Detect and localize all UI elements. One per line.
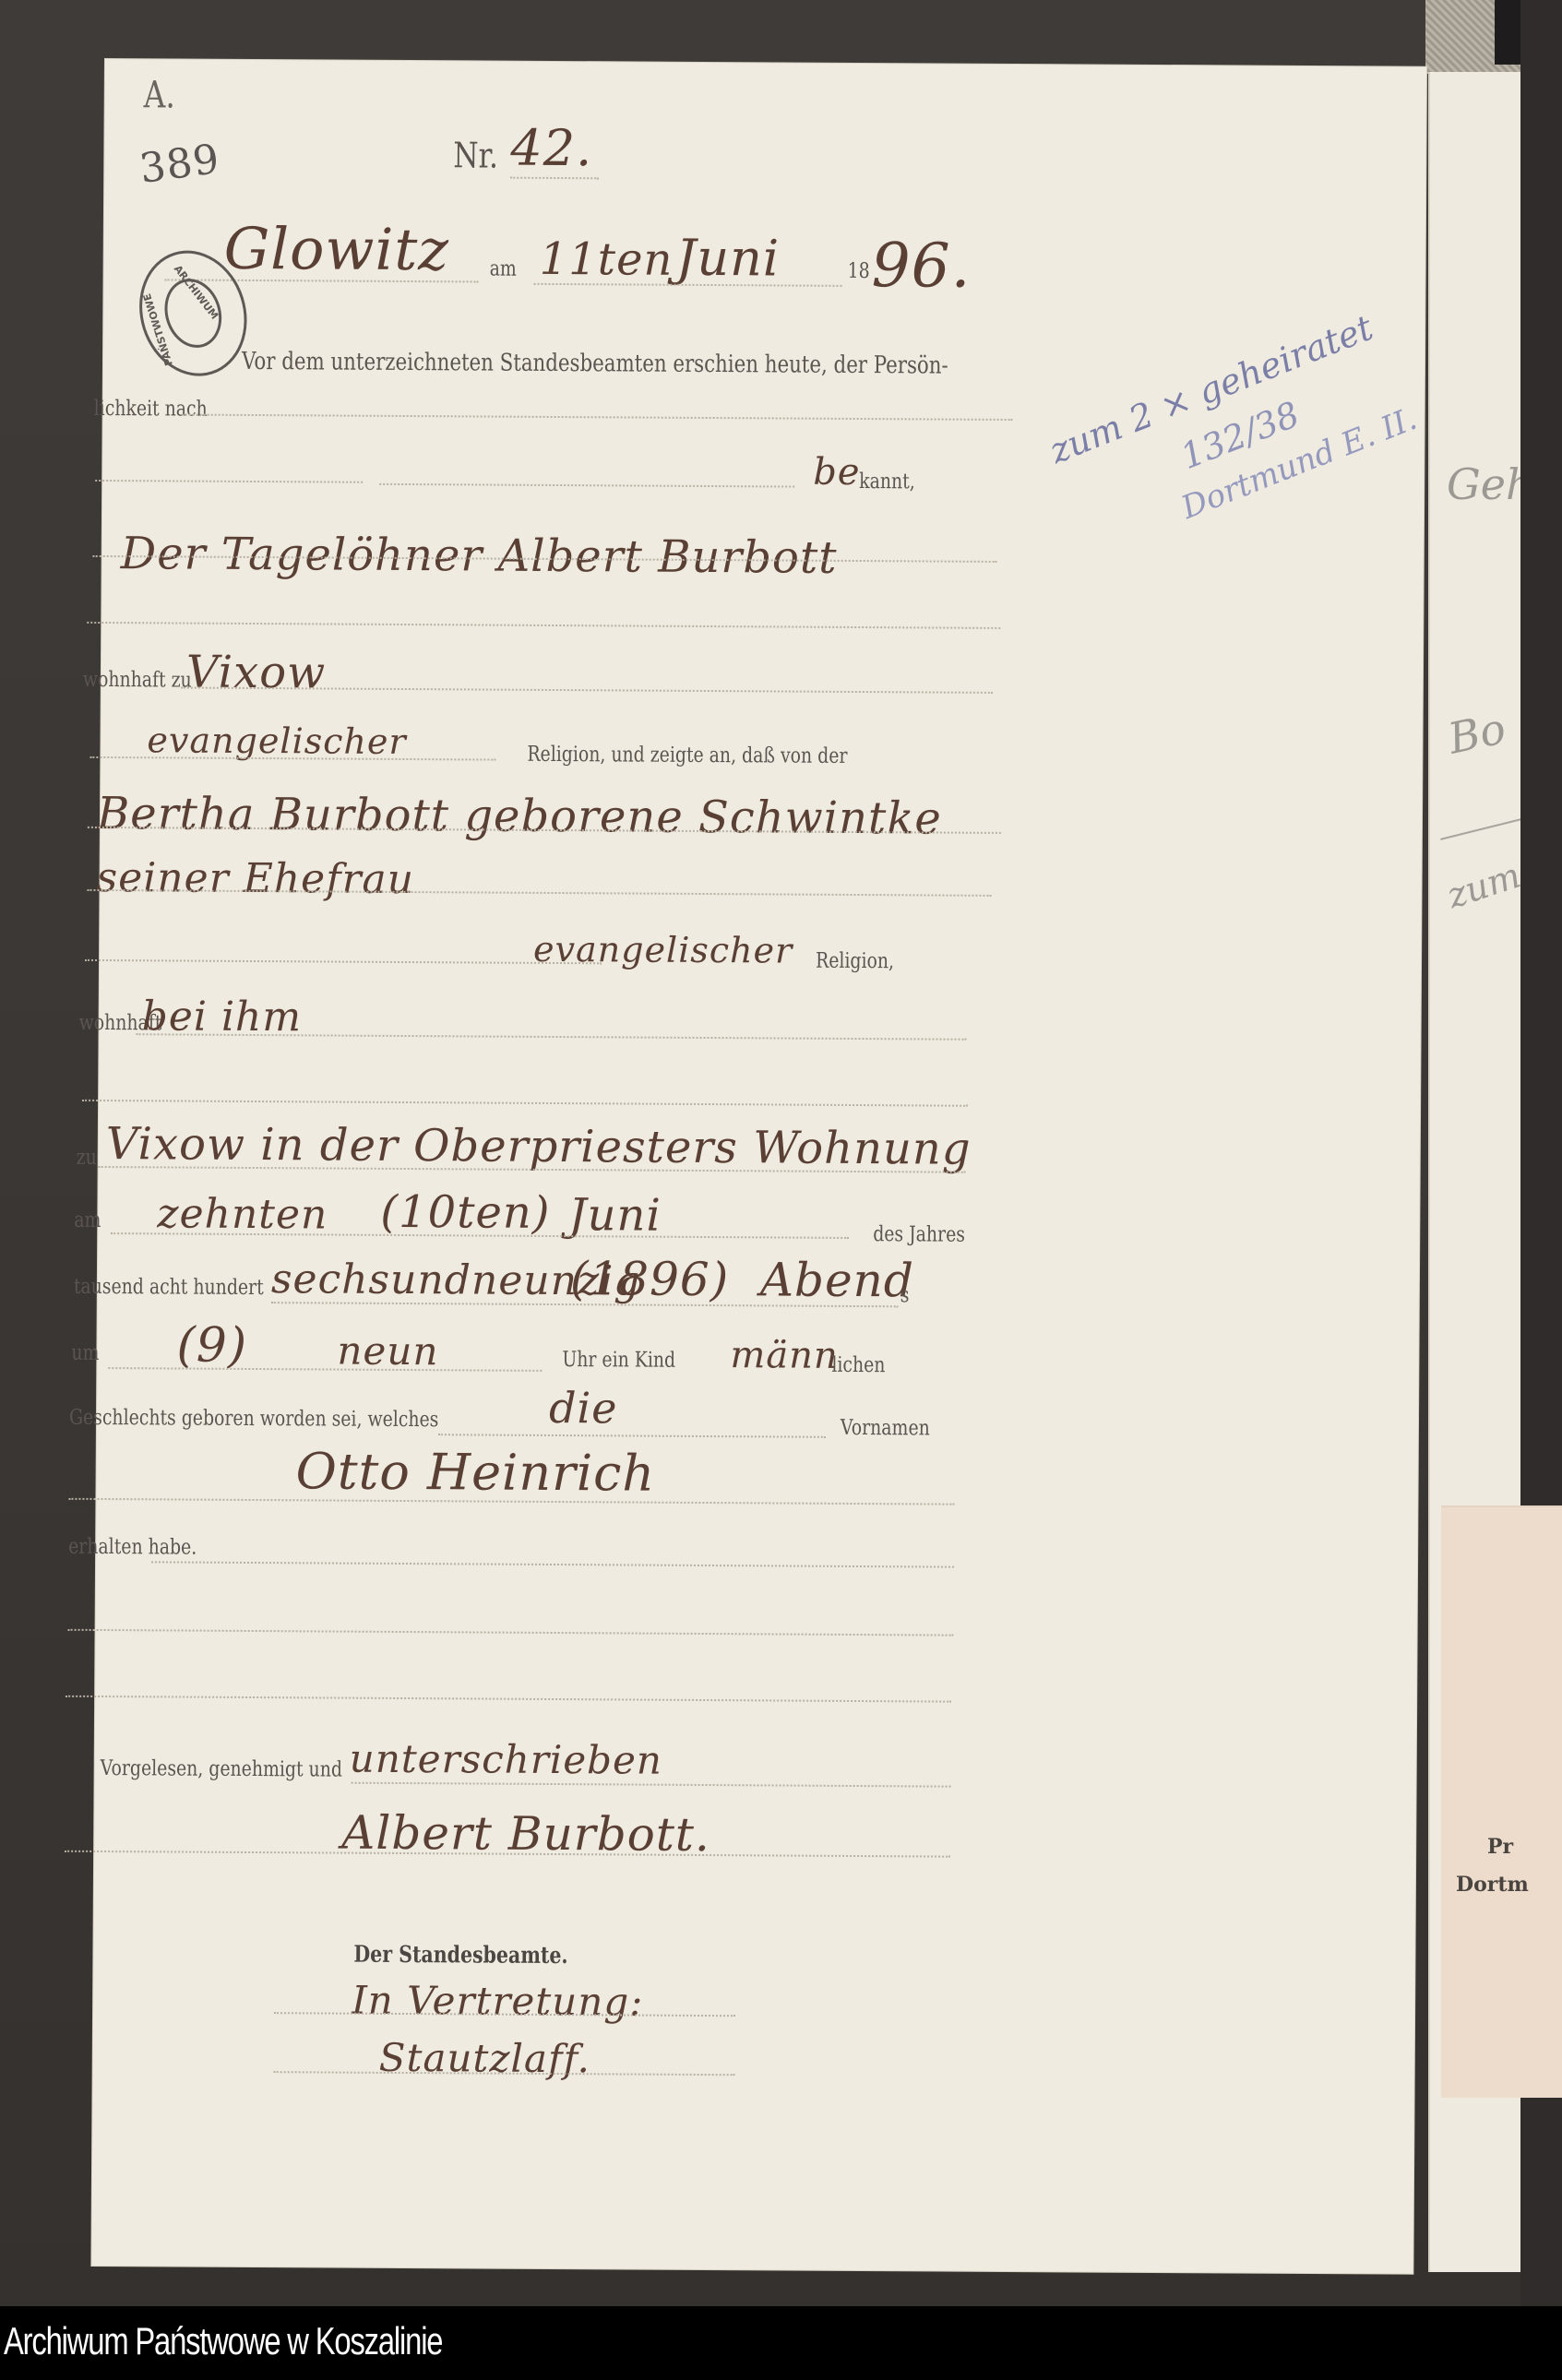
mother-religion: evangelischer (533, 929, 793, 971)
year-suffix: 96. (871, 230, 971, 302)
birth-month: Juni (568, 1189, 662, 1242)
dotted-line (510, 177, 599, 180)
birth-hour-words: neun (337, 1328, 438, 1374)
year-prefix: 18 (848, 259, 870, 283)
date-prefix: am (490, 257, 517, 281)
religion-und-zeigte-an: Religion, und zeigte an, daß von der (527, 743, 847, 768)
archive-name: Archiwum Państwowe w Koszalinie (4, 2319, 442, 2363)
dotted-line (108, 1367, 542, 1372)
dotted-line (151, 1561, 954, 1567)
unterschrieben-handwritten: unterschrieben (350, 1736, 662, 1783)
zu-label: zu (77, 1146, 97, 1170)
adjacent-page-fragment: zum (1442, 855, 1525, 917)
mother-relation: seiner Ehefrau (96, 854, 414, 903)
informant-residence: Vixow (186, 647, 327, 699)
slip-text-line-2: Dortm (1456, 1873, 1529, 1897)
date-day: 11ten (540, 233, 674, 286)
tausend-acht-hundert-label: tausend acht hundert (74, 1275, 264, 1300)
entry-number: 42. (510, 119, 592, 178)
vornamen-label: Vornamen (841, 1416, 930, 1441)
dotted-line (438, 1434, 826, 1438)
register-page: A. 389 Nr. 42. Glowitz am 11ten Juni 18 … (91, 59, 1426, 2274)
inserted-slip: Pr Dortm (1441, 1505, 1562, 2098)
registrar-deputy: In Vertretung: (352, 1978, 644, 2025)
adjacent-page-fragment: Bo (1444, 703, 1509, 764)
birth-day-numeric: (10ten) (380, 1186, 550, 1239)
bekannt-printed: kannt, (859, 470, 915, 494)
am-label: am (74, 1208, 101, 1232)
dotted-line (68, 1629, 954, 1636)
sex-printed-suffix: lichen (831, 1353, 885, 1377)
mother-name: Bertha Burbott geborene Schwintke (97, 788, 942, 845)
registrar-title: Der Standesbeamte. (353, 1941, 567, 1969)
birth-day-words: zehnten (157, 1190, 328, 1238)
dotted-line (95, 480, 363, 483)
archive-footer: Archiwum Państwowe w Koszalinie (0, 2306, 1562, 2380)
bekannt-handwritten: be (813, 451, 861, 494)
uhr-ein-kind-label: Uhr ein Kind (562, 1348, 675, 1373)
dotted-line (87, 622, 1000, 629)
geschlechts-label: Geschlechts geboren worden sei, welches (69, 1406, 439, 1432)
adjacent-page-underline (1440, 818, 1521, 840)
page-number: 389 (137, 136, 222, 193)
welches-handwritten: die (549, 1383, 618, 1433)
time-of-day-suffix: s (900, 1283, 910, 1307)
des-jahres-label: des Jahres (873, 1222, 965, 1247)
erhalten-habe-label: erhalten habe. (68, 1535, 197, 1560)
lichkeit-nach-label: lichkeit nach (94, 397, 208, 422)
time-of-day: Abend (760, 1253, 914, 1307)
dotted-line (82, 1100, 968, 1107)
slip-text-line-1: Pr (1487, 1835, 1513, 1859)
series-letter: A. (144, 74, 175, 116)
intro-text: Vor dem unterzeichneten Standesbeamten e… (242, 348, 948, 380)
birth-year-numeric: (1896) (570, 1252, 730, 1306)
birth-hour-numeric: (9) (176, 1317, 247, 1373)
vorgelesen-label: Vorgelesen, genehmigt und (101, 1756, 342, 1782)
child-names: Otto Heinrich (295, 1442, 655, 1502)
dotted-line (66, 1696, 951, 1703)
entry-number-label: Nr. (453, 135, 498, 175)
dotted-line (379, 483, 794, 488)
um-label: um (71, 1341, 99, 1365)
dotted-line (183, 414, 1013, 421)
place-name: Glowitz (224, 215, 450, 283)
wohnhaft-zu-label: wohnhaft zu (83, 668, 192, 693)
date-month: Juni (676, 229, 781, 288)
religion-label: Religion, (816, 949, 894, 974)
informant-religion: evangelischer (147, 720, 406, 762)
sex-handwritten: männ (730, 1334, 839, 1377)
dotted-line (85, 959, 602, 964)
